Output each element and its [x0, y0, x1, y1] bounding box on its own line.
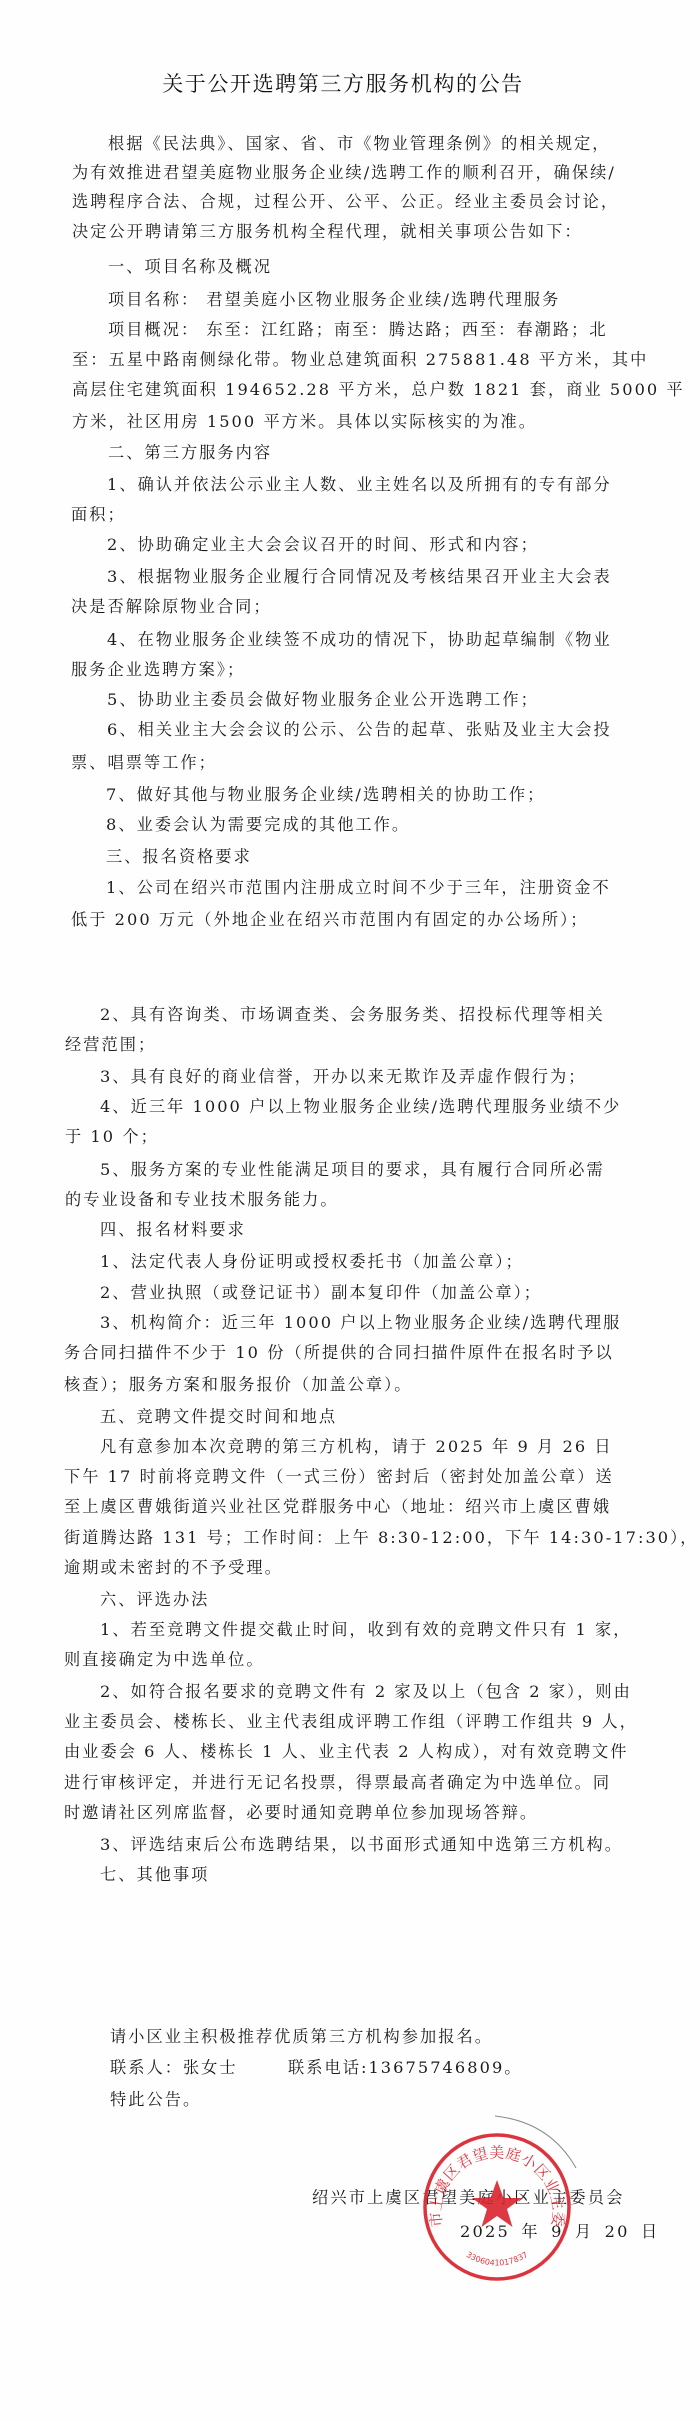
announcement-page: 关于公开选聘第三方服务机构的公告 根据《民法典》、国家、省、市《物业管理条例》的… [0, 0, 700, 2421]
body-line: 七、其他事项 [100, 1865, 209, 1885]
body-line: 8、业委会认为需要完成的其他工作。 [106, 815, 410, 835]
body-line: 根据《民法典》、国家、省、市《物业管理条例》的相关规定， [108, 134, 611, 154]
svg-text:3306041017837: 3306041017837 [465, 2250, 530, 2267]
body-line: 1、法定代表人身份证明或授权委托书（加盖公章）； [100, 1252, 524, 1272]
body-line: 方米，社区用房 1500 平方米。具体以实际核实的为准。 [72, 412, 537, 432]
page-title: 关于公开选聘第三方服务机构的公告 [0, 68, 686, 98]
body-line: 至上虞区曹娥街道兴业社区党群服务中心（地址：绍兴市上虞区曹娥 [64, 1497, 611, 1517]
body-line: 项目概况： 东至：江红路；南至：腾达路；西至：春潮路；北 [108, 320, 608, 340]
body-line: 时邀请社区列席监督，必要时通知竞聘单位参加现场答辩。 [64, 1803, 538, 1823]
body-line: 4、近三年 1000 户以上物业服务企业续/选聘代理服务业绩不少 [100, 1097, 621, 1117]
body-line: 2、如符合报名要求的竞聘文件有 2 家及以上（包含 2 家），则由 [100, 1682, 632, 1702]
body-line: 高层住宅建筑面积 194652.28 平方米，总户数 1821 套，商业 500… [72, 380, 685, 400]
body-line: 1、确认并依法公示业主人数、业主姓名以及所拥有的专有部分 [107, 475, 612, 495]
body-line: 2、具有咨询类、市场调查类、会务服务类、招投标代理等相关 [100, 1005, 605, 1025]
body-line: 2、协助确定业主大会会议召开的时间、形式和内容； [107, 535, 539, 555]
body-line: 3、根据物业服务企业履行合同情况及考核结果召开业主大会表 [107, 567, 612, 587]
body-line: 1、公司在绍兴市范围内注册成立时间不少于三年，注册资金不 [106, 878, 611, 898]
body-line: 三、报名资格要求 [106, 847, 252, 867]
body-line: 3、机构简介：近三年 1000 户以上物业服务企业续/选聘代理服 [100, 1313, 621, 1333]
body-line: 3、评选结束后公布选聘结果，以书面形式通知中选第三方机构。 [100, 1835, 623, 1855]
body-line: 四、报名材料要求 [100, 1220, 246, 1240]
body-line: 的专业设备和专业技术服务能力。 [65, 1190, 339, 1210]
body-line: 7、做好其他与物业服务企业续/选聘相关的协助工作； [106, 785, 545, 805]
body-line: 6、相关业主大会会议的公示、公告的起草、张贴及业主大会投 [107, 720, 612, 740]
official-seal-icon: 绍兴市上虞区君望美庭小区业主委员会 3306041017837 [420, 2132, 574, 2282]
body-line: 2、营业执照（或登记证书）副本复印件（加盖公章）； [100, 1283, 542, 1303]
body-line: 4、在物业服务企业续签不成功的情况下，协助起草编制《物业 [107, 630, 612, 650]
body-line: 票、唱票等工作； [71, 753, 217, 773]
body-line: 二、第三方服务内容 [108, 443, 272, 463]
body-line: 面积； [71, 505, 126, 525]
body-line: 决是否解除原物业合同； [71, 597, 272, 617]
body-line: 至：五星中路南侧绿化带。物业总建筑面积 275881.48 平方米，其中 [72, 350, 648, 370]
body-line: 为有效推进君望美庭物业服务企业续/选聘工作的顺利召开，确保续/ [72, 163, 616, 183]
body-line: 项目名称： 君望美庭小区物业服务企业续/选聘代理服务 [108, 290, 560, 310]
body-line: 5、协助业主委员会做好物业服务企业公开选聘工作； [107, 690, 539, 710]
body-line: 逾期或未密封的不予受理。 [64, 1558, 283, 1578]
body-line: 选聘程序合法、合规，过程公开、公平、公正。经业主委员会讨论， [72, 192, 619, 212]
body-line: 5、服务方案的专业性能满足项目的要求，具有履行合同所必需 [100, 1160, 605, 1180]
body-line: 一、项目名称及概况 [108, 257, 272, 277]
body-line: 决定公开聘请第三方服务机构全程代理，就相关事项公告如下： [72, 222, 583, 242]
body-line: 五、竞聘文件提交时间和地点 [100, 1407, 337, 1427]
body-line: 核查）；服务方案和服务报价（加盖公章）。 [64, 1375, 413, 1395]
body-line: 凡有意参加本次竞聘的第三方机构，请于 2025 年 9 月 26 日 [100, 1437, 613, 1457]
body-line: 1、若至竞聘文件提交截止时间，收到有效的竞聘文件只有 1 家， [100, 1620, 632, 1640]
body-line: 六、评选办法 [100, 1590, 209, 1610]
body-line: 则直接确定为中选单位。 [64, 1650, 265, 1670]
body-line: 务合同扫描件不少于 10 份（所提供的合同扫描件原件在报名时予以 [64, 1343, 614, 1363]
body-line: 低于 200 万元（外地企业在绍兴市范围内有固定的办公场所）； [71, 910, 589, 930]
contact-person: 联系人：张女士 [110, 2058, 238, 2078]
invite-text: 请小区业主积极推荐优质第三方机构参加报名。 [110, 2027, 493, 2047]
body-line: 进行审核评定，并进行无记名投票，得票最高者确定为中选单位。同 [64, 1773, 611, 1793]
closing-text: 特此公告。 [110, 2090, 201, 2110]
body-line: 下午 17 时前将竞聘文件（一式三份）密封后（密封处加盖公章）送 [64, 1467, 614, 1487]
body-line: 于 10 个； [65, 1127, 159, 1147]
body-line: 街道腾达路 131 号；工作时间：上午 8:30-12:00，下午 14:30-… [64, 1528, 699, 1548]
body-line: 由业委会 6 人、楼栋长 1 人、业主代表 2 人构成），对有效竞聘文件 [64, 1742, 629, 1762]
body-line: 3、具有良好的商业信誉，开办以来无欺诈及弄虚作假行为； [100, 1067, 587, 1087]
body-line: 经营范围； [65, 1035, 156, 1055]
body-line: 服务企业选聘方案》； [71, 660, 245, 680]
body-line: 业主委员会、楼栋长、业主代表组成评聘工作组（评聘工作组共 9 人， [64, 1712, 638, 1732]
contact-phone: 联系电话:13675746809。 [288, 2058, 523, 2078]
